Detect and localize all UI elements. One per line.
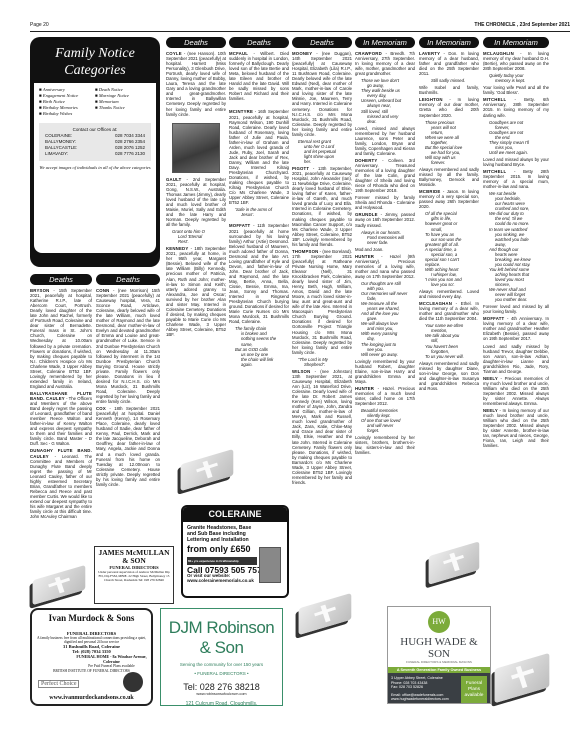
verse: Grant onto him OLord 'EternalRest'. xyxy=(166,229,226,244)
notice: MCINTYRE - 16th September 2021, peaceful… xyxy=(229,109,289,205)
notice: GRUNDLE - Jimmy, passed away on 16th Sep… xyxy=(355,212,415,227)
notice: Wife Isobel and family, Bushmills. xyxy=(419,85,479,95)
notice: Mod and Joan. xyxy=(355,247,415,252)
notice: MOFFATT - 11th September 2021 (peacefull… xyxy=(229,223,289,324)
notice: KENNEDY - 18th September 2021, peacefull… xyxy=(166,246,226,337)
notice: MCLAUGHLIN - In loving memory of my dear… xyxy=(483,51,549,71)
bible-icon xyxy=(34,572,84,598)
hugh-wade-ad[interactable]: HW HUGH WADE & SON FUNERAL DIRECTORS & M… xyxy=(387,606,491,704)
notice: Always remembered and sadly missed by da… xyxy=(419,361,479,391)
notice: PIGOTT - 13th September, 2021, peacefull… xyxy=(292,166,352,247)
family-notice-categories-box: Family Notice Categories Anniversary Dea… xyxy=(30,37,160,267)
institute-seal-icon xyxy=(123,672,143,692)
verse: Goodbyes are notforever,Goodbyes are not… xyxy=(483,120,549,155)
verse: Still sadly missed. xyxy=(419,78,479,83)
verse: Our thoughts are stillwith you.Our memor… xyxy=(355,281,415,357)
deaths-column-1: Deaths BRYSON - 15th September 2021, pea… xyxy=(30,274,92,599)
website-link[interactable]: www.ivanmurdockandsons.co.uk xyxy=(32,695,151,701)
ivan-murdock-ad[interactable]: Ivan Murdock & Sons FUNERAL DIRECTORS A … xyxy=(30,608,153,706)
notice: COYLE - (nee Hanson). 10th September 202… xyxy=(166,51,226,117)
category-list: Anniversary Death Notice Engagement Noti… xyxy=(39,87,151,117)
bible-icon xyxy=(430,548,478,578)
phone-number: Tel: 028 276 38218 xyxy=(164,682,279,692)
headstone-icon xyxy=(259,547,281,583)
section-heading-deaths: Deaths xyxy=(229,37,289,48)
verse: 'Safe in the arms ofJesus'. xyxy=(229,207,289,217)
bible-icon xyxy=(182,456,232,484)
notice: Always remembered. Loved and missed ever… xyxy=(419,289,479,299)
notice: Your loving wife Pearl and all the famil… xyxy=(483,85,549,95)
deaths-column-2: Deaths CONN - (nee Morrison) 15th Septem… xyxy=(96,274,160,542)
notice: NEELY - In loving memory of our much lov… xyxy=(483,408,549,448)
deceased-photo xyxy=(172,123,220,173)
hw-logo-icon: HW xyxy=(428,611,450,633)
section-heading-in-memoriam: In Memoriam xyxy=(355,37,415,48)
notice: LAVERTY - Don. In loving memory of a dea… xyxy=(419,51,479,76)
notice: Always remembered and sadly missed by al… xyxy=(419,167,479,187)
notice: Lovingly remembered by her sisters, brot… xyxy=(355,435,415,455)
notice: Loved, missed and always remembered by h… xyxy=(355,126,415,156)
office-row: LIMAVADY:028 7776 2130 xyxy=(45,151,145,157)
verse: The family chainis broken andnothing see… xyxy=(229,326,289,366)
page-header: Page 20 THE CHRONICLE , 23rd September 2… xyxy=(30,22,570,32)
publication-date: THE CHRONICLE , 23rd September 2021 xyxy=(474,22,570,28)
notice: BRYSON - 15th September 2021, peacefully… xyxy=(30,288,92,389)
coleraine-memorials-ad[interactable]: COLERAINE MEMORIALS Granite Headstones, … xyxy=(181,505,289,598)
deaths-column-4: Deaths MCFAUL - Wilbert. Died suddenly i… xyxy=(229,37,289,497)
perfect-choice-badge: Perfect Choice xyxy=(38,680,79,688)
category-item: Birthday Wishes xyxy=(39,111,95,117)
notice: CRAWFORD - Breedh. 7th Anniversary, 27th… xyxy=(355,51,415,76)
contact-offices: Contact our Offices at: COLERAINE:028 70… xyxy=(39,123,151,161)
notice: Forever missed by family Sheila and Rhon… xyxy=(355,195,415,210)
verse: We sat besideyour bedside,our hearts wer… xyxy=(483,191,549,302)
notice: MOONEY - (nee Duggan), 14th September 20… xyxy=(292,51,352,137)
box-title: Family Notice Categories xyxy=(34,45,156,79)
section-heading-deaths: Deaths xyxy=(292,37,352,48)
notice: MCCLEAGHAN - Ethel. In loving memory of … xyxy=(419,301,479,321)
verse: Quietly today yourmemory is kept. xyxy=(483,73,549,83)
in-memoriam-column-1: In Memoriam CRAWFORD - Breedh. 7th Anniv… xyxy=(355,37,415,607)
notice: LEIGHTON - In loving memory of our dear … xyxy=(419,97,479,117)
notice: GAULT - 2nd September 2021, peacefully a… xyxy=(166,177,226,227)
notice: HUNTER - Hazel (9th Anniversary). Precio… xyxy=(355,254,415,279)
section-heading-deaths: Deaths xyxy=(166,37,226,48)
notice: NEELY - Precious memories of my much lov… xyxy=(483,376,549,406)
notice: DUNAGHY FLUTE BAND. CAULEY - Leonard. Th… xyxy=(30,448,92,519)
section-heading-deaths: Deaths xyxy=(96,274,160,285)
notice: Loved and sadly missed by husband Trevor… xyxy=(483,344,549,374)
verse: Your name we oftenmention,We talk about … xyxy=(419,323,479,358)
verse: "The Lord is MyShepherd". xyxy=(292,357,352,367)
verse: Those we love don'tgo away,They walk bes… xyxy=(355,78,415,123)
verse: Eternal rest grantunto her O Lordand let… xyxy=(292,139,352,164)
section-heading-in-memoriam: In Memoriam xyxy=(483,37,549,48)
notice: Forever loved and missed by all your lov… xyxy=(483,304,549,314)
in-memoriam-column-3: In Memoriam MCLAUGHLIN - In loving memor… xyxy=(483,37,549,657)
notice: THOMPSON - (nee Boreland). 17th Septembe… xyxy=(292,249,352,355)
website-link[interactable]: www.robinsonsofculcrum.com xyxy=(164,692,279,696)
verse: Always in our hearts.Fond memories willn… xyxy=(355,230,415,245)
deaths-column-5: Deaths MOONEY - (nee Duggan), 14th Septe… xyxy=(292,37,352,597)
notice: WILSON - (nee Johnston) 13th September 2… xyxy=(292,369,352,485)
verse: Of all the specialgifts in life,however … xyxy=(419,211,479,287)
notice: Lovingly remembered by your husband Robe… xyxy=(355,359,415,384)
notice: CONN - (nee Morrison) 15th September 202… xyxy=(96,288,160,404)
category-item: Thanks Notice xyxy=(95,105,151,111)
notice: HUNTER - Hazel. Precious memories of a m… xyxy=(355,386,415,406)
notice: DOHERTY - Colleen. 3rd Anniversary. Trea… xyxy=(355,158,415,193)
notice: Loved and missed always by your loving h… xyxy=(483,157,549,167)
notice: MOFFATT - 4th Anniversary. In loving mem… xyxy=(483,316,549,341)
bible-icon xyxy=(496,660,548,696)
notice: MITCHELL - Betty 28th September 2015. In… xyxy=(483,169,549,189)
verse: Those preciousyears will notreturn,When … xyxy=(419,120,479,165)
page-number: Page 20 xyxy=(30,22,49,28)
images-note: We accept images of individuals in all o… xyxy=(39,165,151,171)
notice: MITCHELL - Betty. 6th Anniversary, 28th … xyxy=(483,97,549,117)
james-mcmullan-ad[interactable]: JAMES McMULLAN & SON FUNERAL DIRECTORS U… xyxy=(94,546,174,604)
section-heading-in-memoriam: In Memoriam xyxy=(419,37,479,48)
section-heading-deaths: Deaths xyxy=(30,274,92,285)
verse: Beautiful memoriessilently kept.Of one t… xyxy=(355,408,415,433)
notice: COX - 18th September 2021 (peacefully) a… xyxy=(96,406,160,487)
notice: MCBRIDE - Jason. In loving memory of a v… xyxy=(419,189,479,209)
notice: BALLYRASHANE FLUTE BAND. CAULEY - The Of… xyxy=(30,391,92,447)
djm-robinson-ad[interactable]: DJM Robinson & Son Serving the community… xyxy=(160,608,283,706)
funeral-plans-badge: Funeral Plans available xyxy=(461,676,487,704)
bible-icon xyxy=(300,600,350,628)
in-memoriam-column-2: In Memoriam LAVERTY - Don. In loving mem… xyxy=(419,37,479,537)
notice: MCFAUL - Wilbert. Died suddenly in hospi… xyxy=(229,51,289,101)
